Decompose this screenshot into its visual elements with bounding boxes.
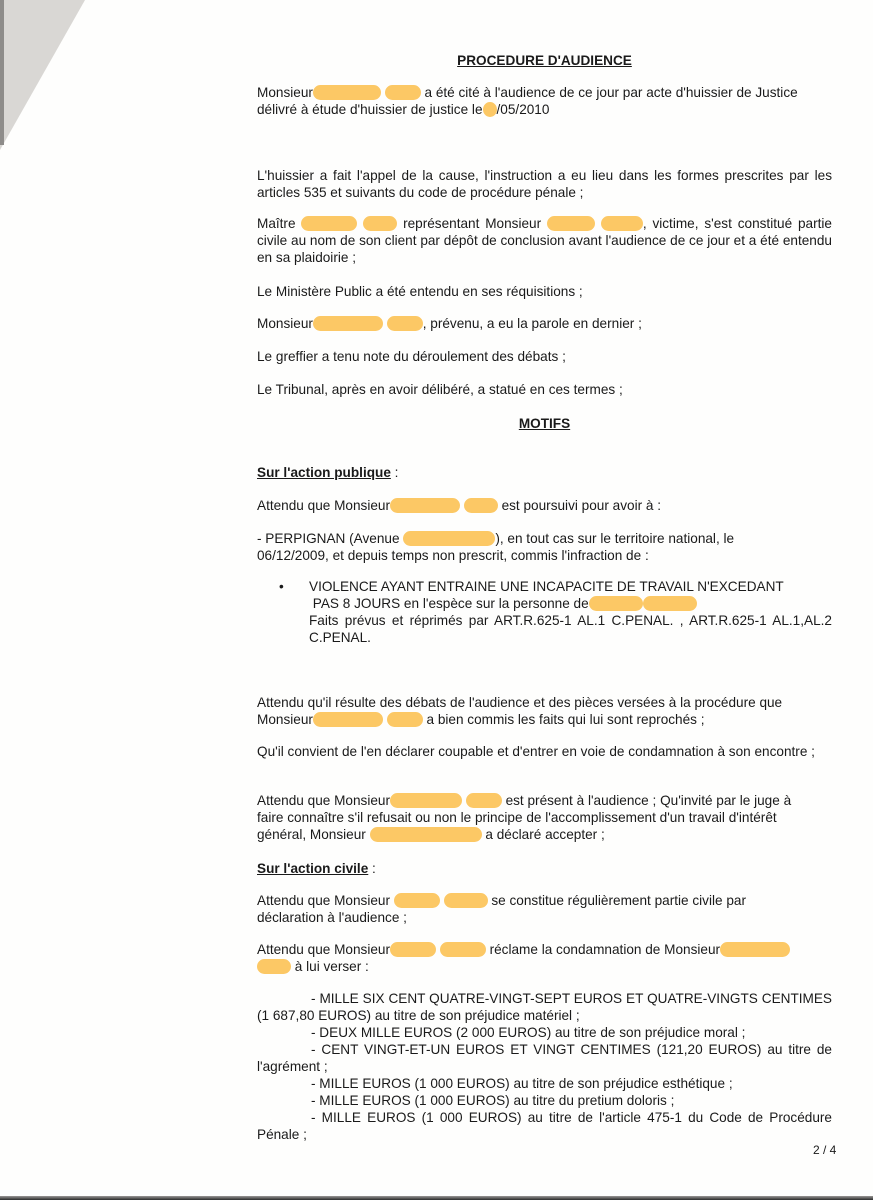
redaction	[390, 498, 460, 513]
redaction	[313, 85, 381, 100]
paragraph-prevenu: Monsieur , prévenu, a eu la parole en de…	[257, 315, 832, 332]
redaction	[589, 596, 643, 611]
redaction	[547, 216, 595, 231]
redaction	[387, 712, 423, 727]
bullet-icon: •	[279, 578, 284, 595]
redaction	[363, 216, 397, 231]
redaction	[301, 216, 357, 231]
redaction	[387, 316, 423, 331]
paragraph-reclame: Attendu que Monsieur réclame la condamna…	[257, 941, 832, 975]
page-fold-shadow	[0, 0, 85, 150]
redaction	[313, 316, 383, 331]
claim-item: - MILLE EUROS (1 000 EUROS) au titre de …	[257, 1109, 832, 1143]
redaction	[466, 793, 502, 808]
subheading-action-civile: Sur l'action civile :	[257, 860, 832, 877]
paragraph-citation: Monsieur a été cité à l'audience de ce j…	[257, 84, 832, 118]
scan-edge-left	[0, 0, 4, 145]
subheading-action-publique: Sur l'action publique :	[257, 464, 832, 481]
paragraph-tribunal: Le Tribunal, après en avoir délibéré, a …	[257, 381, 832, 398]
claim-item: - MILLE EUROS (1 000 EUROS) au titre de …	[257, 1075, 832, 1092]
claim-item: - DEUX MILLE EUROS (2 000 EUROS) au titr…	[257, 1024, 832, 1041]
redaction	[390, 793, 462, 808]
redaction	[370, 827, 482, 842]
scan-edge-bottom	[0, 1196, 873, 1200]
redaction	[720, 942, 790, 957]
redaction	[483, 102, 497, 117]
redaction	[385, 85, 421, 100]
paragraph-resulte: Attendu qu'il résulte des débats de l'au…	[257, 694, 832, 728]
section-title-procedure: PROCEDURE D'AUDIENCE	[257, 52, 832, 69]
redaction	[643, 596, 697, 611]
paragraph-ministere: Le Ministère Public a été entendu en ses…	[257, 283, 832, 300]
page-number: 2 / 4	[813, 1143, 836, 1157]
claim-item: - CENT VINGT-ET-UN EUROS ET VINGT CENTIM…	[257, 1041, 832, 1075]
redaction	[440, 942, 486, 957]
paragraph-huissier: L'huissier a fait l'appel de la cause, l…	[257, 167, 832, 201]
redaction	[257, 959, 291, 974]
claims-block: - MILLE SIX CENT QUATRE-VINGT-SEPT EUROS…	[257, 990, 832, 1143]
claim-item: - MILLE SIX CENT QUATRE-VINGT-SEPT EUROS…	[257, 990, 832, 1024]
claim-item: - MILLE EUROS (1 000 EUROS) au titre du …	[257, 1092, 832, 1109]
redaction	[394, 893, 440, 908]
paragraph-present: Attendu que Monsieur est présent à l'aud…	[257, 792, 832, 843]
redaction	[444, 893, 488, 908]
redaction	[403, 531, 495, 546]
redaction	[601, 216, 643, 231]
paragraph-greffier: Le greffier a tenu note du déroulement d…	[257, 348, 832, 365]
paragraph-poursuivi: Attendu que Monsieur est poursuivi pour …	[257, 497, 832, 514]
paragraph-maitre: Maître représentant Monsieur , victime, …	[257, 215, 832, 266]
paragraph-perpignan: - PERPIGNAN (Avenue ), en tout cas sur l…	[257, 530, 832, 564]
redaction	[464, 498, 498, 513]
section-title-motifs: MOTIFS	[257, 415, 832, 432]
paragraph-constitue: Attendu que Monsieur se constitue réguli…	[257, 892, 832, 926]
redaction	[390, 942, 436, 957]
redaction	[313, 712, 383, 727]
paragraph-coupable: Qu'il convient de l'en déclarer coupable…	[257, 743, 832, 760]
